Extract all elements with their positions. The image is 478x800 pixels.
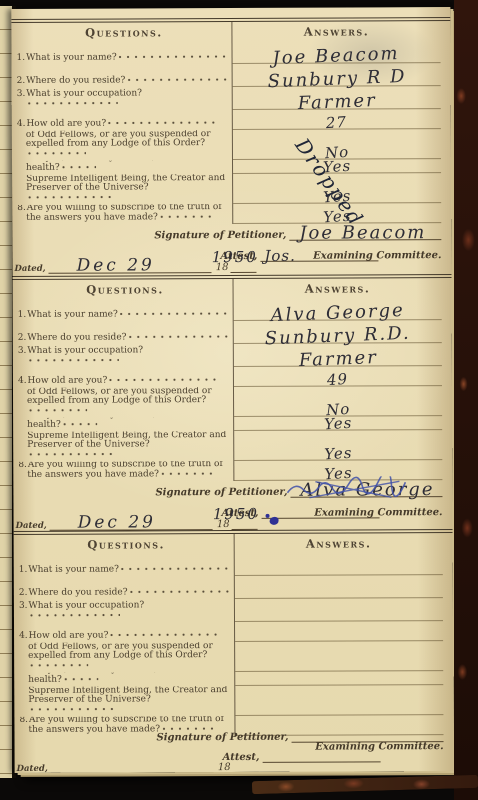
petition-form-section: Questions. 1.What is your name? 2.Where … (11, 17, 451, 272)
handwritten-year: 1950 (212, 248, 258, 266)
question-row: 5.Do you hold membership in any other Or… (18, 387, 233, 418)
question-wrap: 1.What is your name? (18, 309, 233, 321)
dated-label: Dated, (16, 521, 47, 531)
answer-line (235, 575, 443, 599)
signature-label: Signature of Petitioner, (156, 732, 288, 744)
question-text: Do you hold membership in any other Orde… (28, 642, 231, 661)
question-wrap: 8.Are you willing to subscribe to the tr… (17, 204, 232, 225)
question-number: 3. (18, 346, 27, 356)
question-number: 4. (17, 118, 26, 128)
handwritten-answer: 27 (326, 113, 348, 132)
handwritten-answer: Yes (324, 414, 353, 434)
question-row: 1.What is your name? (16, 42, 231, 65)
question-row: 2.Where do you reside? (19, 576, 234, 600)
question-row: 7.Do you believe in the existence of a S… (19, 686, 234, 717)
question-number: 8. (17, 204, 26, 213)
question-text: What is your name? (28, 564, 119, 574)
answer-line: Farmer (233, 86, 441, 110)
signature-label: Signature of Petitioner, (154, 230, 286, 242)
scanned-book-photo: Questions. 1.What is your name? 2.Where … (0, 0, 478, 800)
question-wrap: 6.Are you, so far as you know, in sound … (18, 417, 233, 432)
question-number: 1. (17, 52, 26, 62)
question-number: 2. (18, 332, 27, 342)
dated-row: Dated, Dec 29 181950 (16, 515, 258, 531)
question-number: 6. (18, 417, 27, 420)
ink-blot (270, 517, 279, 525)
question-number: 8. (19, 716, 28, 725)
dated-label: Dated, (14, 264, 45, 274)
dated-row: Dated, 18 (17, 758, 259, 773)
question-wrap: 1.What is your name? (19, 564, 234, 576)
dot-leader (29, 451, 115, 456)
handwritten-answer: Yes (324, 444, 353, 464)
question-text: Are you, so far as you know, in sound he… (27, 417, 197, 429)
question-row: 5.Do you hold membership in any other Or… (17, 130, 232, 161)
question-text: Do you believe in the existence of a Sup… (27, 431, 226, 450)
question-row: 4.How old are you? (19, 622, 234, 643)
question-row: 6.Are you, so far as you know, in sound … (18, 417, 233, 432)
question-row: 1.What is your name? (19, 554, 234, 577)
question-text: Are you, so far as you know, in sound he… (28, 672, 198, 684)
question-number: 6. (19, 672, 28, 675)
question-number: 1. (18, 309, 27, 319)
question-wrap: 2.Where do you reside? (17, 76, 232, 88)
dot-leader (121, 566, 229, 571)
dot-leader (128, 334, 228, 339)
handwritten-attest: Jos. (264, 247, 296, 265)
answer-line (235, 598, 443, 622)
petition-form-section: Questions. 1.What is your name? 2.Where … (13, 274, 453, 531)
answers-header: Answers. (234, 278, 442, 299)
question-row: 8.Are you willing to subscribe to the tr… (17, 204, 232, 225)
answer-line: Joe Beacom (232, 41, 440, 64)
handwritten-date: Dec 29 (77, 255, 155, 275)
question-row: 2.Where do you reside? (17, 64, 232, 88)
question-wrap: 3.What is your occupation? (17, 89, 232, 111)
dot-leader (161, 471, 213, 476)
question-wrap: 4.How old are you? (18, 375, 233, 387)
answer-line: Yes (234, 416, 442, 431)
question-number: 1. (19, 564, 28, 574)
question-wrap: 2.Where do you reside? (18, 332, 233, 344)
question-text: What is your name? (27, 309, 118, 319)
dot-leader (28, 100, 118, 105)
question-wrap: 1.What is your name? (17, 53, 232, 65)
handwritten-signature: Joe Beacom (299, 222, 426, 244)
questions-column: Questions. 1.What is your name? 2.Where … (14, 534, 235, 737)
question-number: 6. (17, 160, 26, 163)
answer-line (235, 671, 443, 686)
dot-leader (30, 706, 116, 711)
question-wrap: 2.Where do you reside? (19, 587, 234, 599)
question-row: 7.Do you believe in the existence of a S… (17, 174, 232, 205)
questions-column: Questions. 1.What is your name? 2.Where … (13, 279, 234, 482)
dot-leader (62, 164, 96, 169)
question-row: 6.Are you, so far as you know, in sound … (17, 160, 232, 175)
question-wrap: 8.Are you willing to subscribe to the tr… (18, 461, 233, 482)
question-number: 3. (19, 601, 28, 611)
dot-leader (110, 632, 222, 637)
question-wrap: 5.Do you hold membership in any other Or… (17, 130, 232, 161)
question-wrap: 3.What is your occupation? (18, 346, 233, 368)
dot-leader (28, 194, 114, 199)
question-row: 5.Do you hold membership in any other Or… (19, 642, 234, 673)
question-text: Do you believe in the existence of a Sup… (26, 174, 225, 193)
question-number: 8. (18, 461, 27, 470)
question-row: 7.Do you believe in the existence of a S… (18, 431, 233, 462)
question-row: 3.What is your occupation? (18, 344, 233, 368)
dot-leader (64, 676, 98, 681)
questions-header: Questions. (18, 279, 233, 300)
question-number: 3. (17, 89, 26, 99)
question-row: 8.Are you willing to subscribe to the tr… (18, 461, 233, 482)
examining-committee-label: Examining Committee. (313, 250, 441, 262)
book-cover-edge (454, 0, 478, 800)
question-wrap: 7.Do you believe in the existence of a S… (18, 431, 233, 462)
signature-strikethrough-scribble (281, 476, 431, 503)
question-wrap: 5.Do you hold membership in any other Or… (18, 387, 233, 418)
questions-column: Questions. 1.What is your name? 2.Where … (11, 22, 232, 225)
question-text: How old are you? (28, 375, 108, 385)
answer-line: Yes (234, 430, 442, 461)
questions-header: Questions. (19, 534, 234, 555)
question-text: What is your occupation? (29, 600, 145, 611)
handwritten-answer: 49 (327, 370, 349, 389)
dated-line: Dec 29 (50, 515, 213, 531)
question-text: Are you, so far as you know, in sound he… (26, 160, 196, 172)
question-text: What is your name? (26, 52, 117, 62)
question-wrap: 6.Are you, so far as you know, in sound … (19, 672, 234, 687)
question-text: Do you hold membership in any other Orde… (27, 387, 230, 406)
dot-leader (108, 120, 220, 125)
question-number: 4. (19, 630, 28, 640)
question-wrap: 4.How old are you? (17, 119, 232, 131)
answer-line (235, 621, 443, 642)
dot-leader (160, 214, 212, 219)
dot-leader (63, 421, 97, 426)
question-wrap: 6.Are you, so far as you know, in sound … (17, 160, 232, 175)
signature-area: Signature of Petitioner, Joe Beacom Atte… (12, 223, 441, 275)
question-number: 2. (19, 587, 28, 597)
book-bottom-edge (252, 775, 478, 794)
question-text: Where do you reside? (26, 75, 125, 85)
dot-leader (130, 589, 230, 594)
dated-line (51, 758, 214, 773)
handwritten-answer: Farmer (297, 90, 377, 114)
questions-header: Questions. (16, 22, 231, 43)
year-area: 18 (218, 762, 231, 773)
dot-leader (28, 150, 86, 155)
handwritten-year: 1950 (213, 505, 259, 523)
question-wrap: 7.Do you believe in the existence of a S… (17, 174, 232, 205)
dated-label: Dated, (17, 764, 48, 773)
question-wrap: 4.How old are you? (19, 630, 234, 642)
answer-line: No (234, 386, 442, 417)
signature-area: Signature of Petitioner, Attest, Examini… (14, 727, 443, 773)
answers-header: Answers. (232, 21, 440, 42)
answer-line (235, 685, 443, 716)
dot-leader (30, 612, 120, 617)
question-text: Where do you reside? (27, 332, 126, 342)
answers-header: Answers. (235, 533, 443, 554)
year-line (233, 762, 259, 773)
answer-line: Sunbury R D (233, 63, 441, 87)
examining-committee-label: Examining Committee. (314, 507, 442, 519)
question-row: 1.What is your name? (18, 299, 233, 322)
signature-label: Signature of Petitioner, (155, 487, 287, 499)
dot-leader (29, 407, 87, 412)
question-row: 4.How old are you? (17, 110, 232, 131)
question-number: 2. (17, 75, 26, 85)
signature-line: Joe Beacom (289, 225, 441, 241)
dated-row: Dated, Dec 29 181950 (14, 258, 256, 274)
question-row: 2.Where do you reside? (18, 321, 233, 345)
question-row: 3.What is your occupation? (19, 599, 234, 623)
question-text: What is your occupation? (26, 88, 142, 99)
year-area: 181950 (217, 519, 230, 530)
answer-line: No (233, 129, 441, 160)
answer-line: Alva George (234, 298, 442, 321)
dot-leader (127, 77, 227, 82)
question-wrap: 5.Do you hold membership in any other Or… (19, 642, 234, 673)
answers-column: Answers. (234, 533, 444, 736)
question-text: How old are you? (26, 118, 106, 128)
answer-line: Sunbury R.D. (234, 320, 442, 344)
dot-leader (30, 662, 88, 667)
question-text: Do you believe in the existence of a Sup… (28, 686, 227, 705)
question-text: How old are you? (29, 630, 109, 640)
year-area: 181950 (216, 262, 229, 273)
question-text: What is your occupation? (27, 345, 143, 356)
dot-leader (120, 311, 228, 316)
question-number: 4. (18, 375, 27, 385)
dot-leader (29, 357, 119, 362)
question-row: 4.How old are you? (18, 367, 233, 388)
petition-form-page: Questions. 1.What is your name? 2.Where … (11, 7, 453, 773)
dated-line: Dec 29 (49, 258, 212, 274)
signature-row: Signature of Petitioner, Joe Beacom (154, 225, 441, 241)
question-row: 3.What is your occupation? (17, 87, 232, 111)
printed-year-prefix: 18 (218, 762, 231, 773)
question-row: 6.Are you, so far as you know, in sound … (19, 672, 234, 687)
question-text: Do you hold membership in any other Orde… (26, 130, 229, 149)
answers-column: Answers. Alva George Sunbury R.D. Farmer… (233, 278, 443, 481)
dot-leader (119, 54, 227, 59)
question-text: Where do you reside? (28, 587, 127, 597)
dot-leader (109, 377, 221, 382)
examining-committee-label: Examining Committee. (315, 741, 443, 753)
answer-line (235, 641, 443, 672)
handwritten-answer: Farmer (298, 347, 378, 371)
answer-line (235, 553, 443, 576)
question-wrap: 3.What is your occupation? (19, 601, 234, 623)
petition-form-section: Questions. 1.What is your name? 2.Where … (14, 529, 454, 773)
question-wrap: 7.Do you believe in the existence of a S… (19, 686, 234, 717)
